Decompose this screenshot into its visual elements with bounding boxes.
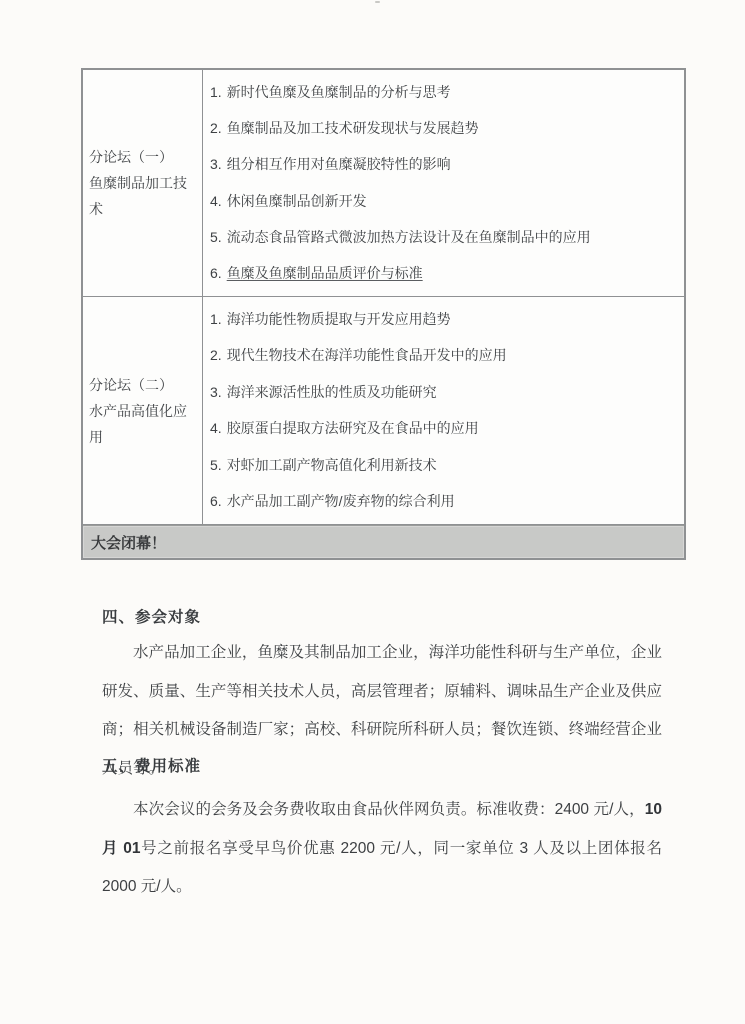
closing-banner: 大会闭幕！ [83,525,684,558]
item-text: 鱼糜制品及加工技术研发现状与发展趋势 [227,120,479,136]
forum-1-label-line2: 鱼糜制品加工技术 [89,170,197,222]
item-number: 5. [210,457,222,473]
scan-speck [375,1,380,3]
forum-2-label-cell: 分论坛（二） 水产品高值化应用 [83,297,203,524]
item-number: 4. [210,420,222,436]
item-text: 组分相互作用对鱼糜凝胶特性的影响 [227,156,451,172]
item-text: 鱼糜及鱼糜制品品质评价与标准 [227,265,423,281]
item-text: 对虾加工副产物高值化利用新技术 [227,457,437,473]
item-text: 胶原蛋白提取方法研究及在食品中的应用 [227,420,479,436]
agenda-item: 3.组分相互作用对鱼糜凝胶特性的影响 [210,155,674,174]
forum-1-label-cell: 分论坛（一） 鱼糜制品加工技术 [83,70,203,296]
item-text: 海洋功能性物质提取与开发应用趋势 [227,311,451,327]
fees-paragraph: 本次会议的会务及会务费收取由食品伙伴网负责。标准收费：2400 元/人，10 月… [102,791,662,907]
section-heading-fees: 五、费用标准 [102,757,201,777]
agenda-item: 2.鱼糜制品及加工技术研发现状与发展趋势 [210,119,674,138]
table-row-forum-1: 分论坛（一） 鱼糜制品加工技术 1.新时代鱼糜及鱼糜制品的分析与思考 2.鱼糜制… [83,70,684,297]
agenda-item: 5.对虾加工副产物高值化利用新技术 [210,456,674,475]
fees-text-after: 号之前报名享受早鸟价优惠 2200 元/人，同一家单位 3 人及以上团体报名 2… [102,840,662,896]
item-number: 4. [210,193,222,209]
item-text: 休闲鱼糜制品创新开发 [227,193,367,209]
item-text: 海洋来源活性肽的性质及功能研究 [227,384,437,400]
forum-2-label-line2: 水产品高值化应用 [89,398,197,450]
table-row-forum-2: 分论坛（二） 水产品高值化应用 1.海洋功能性物质提取与开发应用趋势 2.现代生… [83,297,684,525]
item-text: 新时代鱼糜及鱼糜制品的分析与思考 [227,84,451,100]
section-heading-attendees: 四、参会对象 [102,608,201,628]
agenda-item: 6.水产品加工副产物/废弃物的综合利用 [210,492,674,511]
item-number: 5. [210,229,222,245]
item-number: 1. [210,84,222,100]
item-number: 2. [210,347,222,363]
forum-2-items-cell: 1.海洋功能性物质提取与开发应用趋势 2.现代生物技术在海洋功能性食品开发中的应… [203,297,684,524]
item-number: 1. [210,311,222,327]
item-number: 3. [210,384,222,400]
fees-text-before: 本次会议的会务及会务费收取由食品伙伴网负责。标准收费：2400 元/人， [133,801,645,818]
agenda-item: 3.海洋来源活性肽的性质及功能研究 [210,383,674,402]
agenda-item: 2.现代生物技术在海洋功能性食品开发中的应用 [210,346,674,365]
item-number: 6. [210,493,222,509]
forum-2-label-line1: 分论坛（二） [89,372,197,398]
forum-1-items-cell: 1.新时代鱼糜及鱼糜制品的分析与思考 2.鱼糜制品及加工技术研发现状与发展趋势 … [203,70,684,296]
agenda-item: 4.休闲鱼糜制品创新开发 [210,192,674,211]
item-number: 3. [210,156,222,172]
item-number: 2. [210,120,222,136]
agenda-item: 1.海洋功能性物质提取与开发应用趋势 [210,310,674,329]
agenda-table: 分论坛（一） 鱼糜制品加工技术 1.新时代鱼糜及鱼糜制品的分析与思考 2.鱼糜制… [81,68,686,560]
item-text: 现代生物技术在海洋功能性食品开发中的应用 [227,347,507,363]
agenda-item: 4.胶原蛋白提取方法研究及在食品中的应用 [210,419,674,438]
agenda-item: 1.新时代鱼糜及鱼糜制品的分析与思考 [210,83,674,102]
agenda-item: 6.鱼糜及鱼糜制品品质评价与标准 [210,264,674,283]
item-text: 流动态食品管路式微波加热方法设计及在鱼糜制品中的应用 [227,229,591,245]
forum-1-label-line1: 分论坛（一） [89,144,197,170]
closing-banner-label: 大会闭幕！ [91,532,166,553]
item-text: 水产品加工副产物/废弃物的综合利用 [227,493,455,509]
item-number: 6. [210,265,222,281]
agenda-item: 5.流动态食品管路式微波加热方法设计及在鱼糜制品中的应用 [210,228,674,247]
